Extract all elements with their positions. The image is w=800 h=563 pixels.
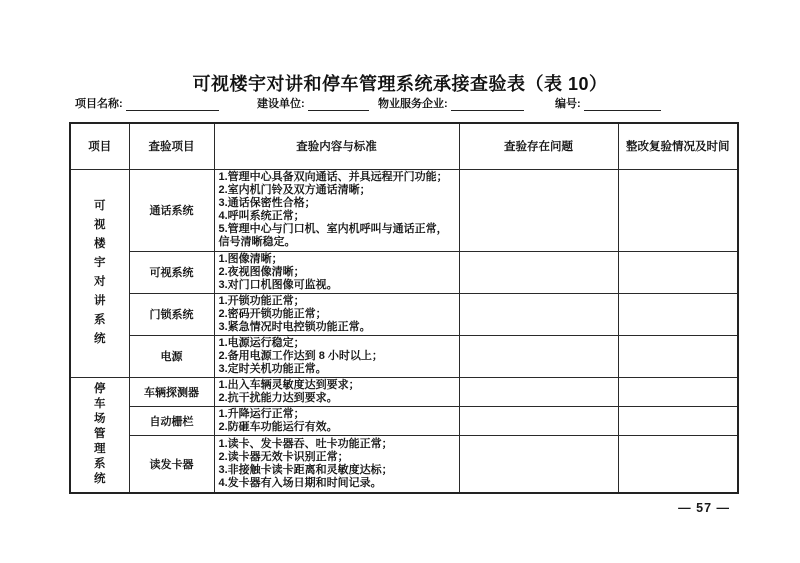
inspection-item-cell: 通话系统 <box>129 169 214 251</box>
inspection-item-cell: 读发卡器 <box>129 435 214 493</box>
problems-found-cell <box>459 293 618 335</box>
inspection-item-cell: 电源 <box>129 335 214 377</box>
inspection-content-cell: 1.读卡、发卡器吞、吐卡功能正常； 2.读卡器无效卡识别正常； 3.非接触卡读卡… <box>214 435 459 493</box>
table-row: 可视系统1.图像清晰； 2.夜视图像清晰； 3.对门口机图像可监视。 <box>70 251 738 293</box>
rectification-cell <box>618 377 738 406</box>
problems-found-cell <box>459 377 618 406</box>
meta-field-property-company: 物业服务企业: <box>378 97 524 111</box>
group-name-cell: 停 车 场 管 理 系 统 <box>70 377 129 493</box>
column-header: 查验内容与标准 <box>214 123 459 169</box>
inspection-content-cell: 1.电源运行稳定； 2.备用电源工作达到 8 小时以上； 3.定时关机功能正常。 <box>214 335 459 377</box>
meta-fields: 项目名称: 建设单位: 物业服务企业: 编号: <box>0 97 800 115</box>
meta-field-construction-unit: 建设单位: <box>257 97 369 111</box>
column-header: 查验项目 <box>129 123 214 169</box>
table-header-row: 项目查验项目查验内容与标准查验存在问题整改复验情况及时间 <box>70 123 738 169</box>
inspection-content-cell: 1.图像清晰； 2.夜视图像清晰； 3.对门口机图像可监视。 <box>214 251 459 293</box>
construction-unit-label: 建设单位: <box>257 97 305 111</box>
serial-number-label: 编号: <box>555 97 581 111</box>
inspection-content-cell: 1.出入车辆灵敏度达到要求； 2.抗干扰能力达到要求。 <box>214 377 459 406</box>
problems-found-cell <box>459 169 618 251</box>
inspection-content-cell: 1.管理中心具备双向通话、并具远程开门功能； 2.室内机门铃及双方通话清晰； 3… <box>214 169 459 251</box>
problems-found-cell <box>459 406 618 435</box>
construction-unit-blank <box>308 98 369 111</box>
inspection-item-cell: 车辆探测器 <box>129 377 214 406</box>
column-header: 整改复验情况及时间 <box>618 123 738 169</box>
group-name-cell: 可 视 楼 宇 对 讲 系 统 <box>70 169 129 377</box>
table-row: 可 视 楼 宇 对 讲 系 统通话系统1.管理中心具备双向通话、并具远程开门功能… <box>70 169 738 251</box>
inspection-item-cell: 自动栅栏 <box>129 406 214 435</box>
inspection-content-cell: 1.升降运行正常； 2.防砸车功能运行有效。 <box>214 406 459 435</box>
table-row: 门锁系统1.开锁功能正常； 2.密码开锁功能正常； 3.紧急情况时电控锁功能正常… <box>70 293 738 335</box>
page-number: — 57 — <box>678 501 730 515</box>
problems-found-cell <box>459 435 618 493</box>
rectification-cell <box>618 169 738 251</box>
property-company-label: 物业服务企业: <box>378 97 448 111</box>
table-row: 自动栅栏1.升降运行正常； 2.防砸车功能运行有效。 <box>70 406 738 435</box>
inspection-item-cell: 可视系统 <box>129 251 214 293</box>
inspection-table-body: 项目查验项目查验内容与标准查验存在问题整改复验情况及时间可 视 楼 宇 对 讲 … <box>70 123 738 493</box>
table-row: 停 车 场 管 理 系 统车辆探测器1.出入车辆灵敏度达到要求； 2.抗干扰能力… <box>70 377 738 406</box>
rectification-cell <box>618 435 738 493</box>
rectification-cell <box>618 293 738 335</box>
project-name-label: 项目名称: <box>75 97 123 111</box>
serial-number-blank <box>584 98 661 111</box>
inspection-item-cell: 门锁系统 <box>129 293 214 335</box>
meta-field-project-name: 项目名称: <box>75 97 219 111</box>
column-header: 查验存在问题 <box>459 123 618 169</box>
rectification-cell <box>618 406 738 435</box>
inspection-table: 项目查验项目查验内容与标准查验存在问题整改复验情况及时间可 视 楼 宇 对 讲 … <box>69 122 739 494</box>
table-row: 读发卡器1.读卡、发卡器吞、吐卡功能正常； 2.读卡器无效卡识别正常； 3.非接… <box>70 435 738 493</box>
rectification-cell <box>618 251 738 293</box>
inspection-content-cell: 1.开锁功能正常； 2.密码开锁功能正常； 3.紧急情况时电控锁功能正常。 <box>214 293 459 335</box>
rectification-cell <box>618 335 738 377</box>
project-name-blank <box>126 98 219 111</box>
column-header: 项目 <box>70 123 129 169</box>
problems-found-cell <box>459 251 618 293</box>
property-company-blank <box>451 98 524 111</box>
problems-found-cell <box>459 335 618 377</box>
table-row: 电源1.电源运行稳定； 2.备用电源工作达到 8 小时以上； 3.定时关机功能正… <box>70 335 738 377</box>
form-title: 可视楼宇对讲和停车管理系统承接查验表（表 10） <box>0 70 800 96</box>
meta-field-serial-number: 编号: <box>555 97 661 111</box>
